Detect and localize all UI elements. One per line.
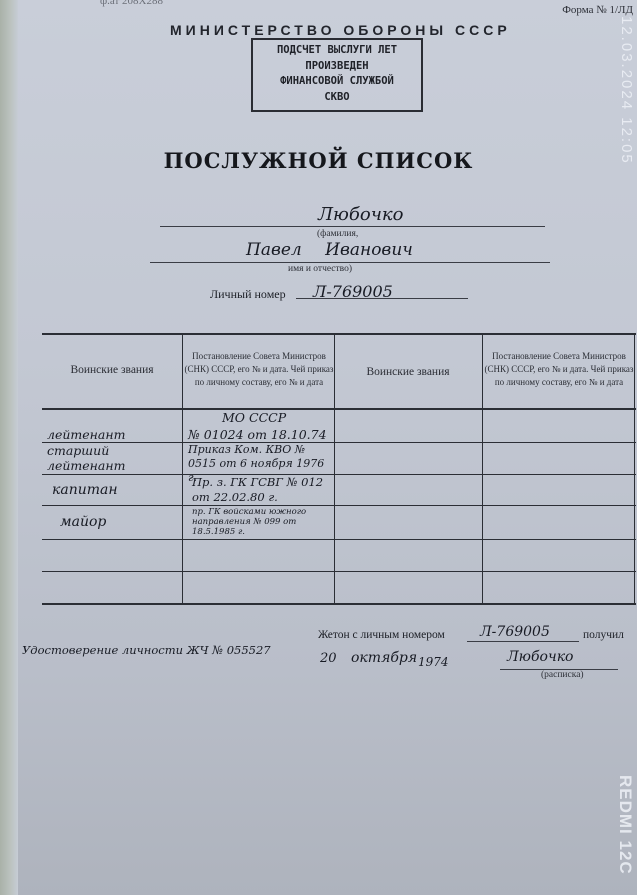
signature-caption: (расписка) [541, 670, 584, 680]
date-year: 1974 [418, 655, 449, 669]
personal-number-underline [296, 298, 468, 299]
form-format-note: ф.ат 208Х288 [100, 0, 163, 7]
order-cell: № 01024 от 18.10.74 [188, 427, 327, 442]
stamp-line: ФИНАНСОВОЙ СЛУЖБОЙ [261, 74, 413, 90]
surname-underline [160, 226, 545, 227]
photo-timestamp-watermark: 12.03.2024 12:05 [618, 16, 635, 165]
surname-value: Любочко [318, 204, 403, 225]
token-underline [467, 641, 579, 642]
date-month: октября [351, 650, 417, 666]
device-watermark: REDMI 12C [615, 775, 635, 875]
header-rank-left: Воинские звания [42, 364, 182, 377]
form-number: Форма № 1/ЛД [562, 4, 633, 16]
page-edge [0, 0, 18, 895]
id-card-note: Удостоверение личности ЖЧ № 055527 [22, 643, 271, 657]
order-cell: МО СССР [222, 410, 286, 425]
document-title: ПОСЛУЖНОЙ СПИСОК [0, 148, 637, 173]
rank-cell: майор [60, 515, 106, 530]
order-cell: пр. ГК войсками южного направления № 099… [192, 507, 332, 537]
order-cell: Пр. з. ГК ГСВГ № 012 от 22.02.80 г. [192, 475, 332, 505]
service-years-stamp: ПОДСЧЕТ ВЫСЛУГИ ЛЕТ ПРОИЗВЕДЕН ФИНАНСОВО… [251, 38, 423, 112]
name-underline [150, 262, 550, 263]
rank-cell: старший лейтенант [47, 443, 177, 473]
signature: Любочко [507, 649, 573, 665]
header-order-left: Постановление Совета Министров (СНК) ССС… [184, 350, 334, 389]
stamp-line: ПОДСЧЕТ ВЫСЛУГИ ЛЕТ [261, 43, 413, 59]
ministry-heading: МИНИСТЕРСТВО ОБОРОНЫ СССР [170, 22, 511, 38]
header-order-right: Постановление Совета Министров (СНК) ССС… [484, 350, 634, 389]
name-patronymic-value: Павел Иванович [246, 240, 413, 260]
surname-caption: (фамилия, [317, 229, 358, 239]
rank-cell: капитан [52, 483, 118, 498]
token-received: получил [583, 629, 624, 641]
name-caption: имя и отчество) [288, 264, 352, 274]
stamp-line: ПРОИЗВЕДЕН [261, 59, 413, 75]
token-label: Жетон с личным номером [318, 629, 445, 641]
date-day: 20 [320, 651, 337, 666]
header-rank-right: Воинские звания [334, 366, 482, 379]
rank-cell: лейтенант [47, 427, 125, 442]
ranks-table: Воинские звания Постановление Совета Мин… [42, 333, 636, 605]
stamp-line: СКВО [261, 90, 413, 106]
token-number: Л-769005 [480, 624, 550, 640]
personal-number-label: Личный номер [210, 287, 286, 302]
